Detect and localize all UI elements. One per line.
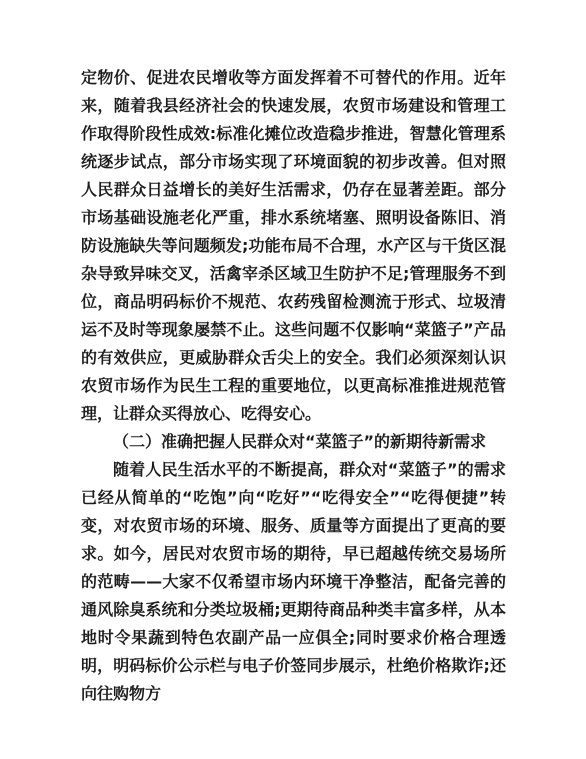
paragraph-continuation: 定物价、促进农民增收等方面发挥着不可替代的作用。近年来，随着我县经济社会的快速发… — [81, 64, 506, 428]
paragraph-body: 随着人民生活水平的不断提高，群众对“菜篮子”的需求已经从简单的“吃饱”向“吃好”… — [81, 456, 506, 708]
document-page: 定物价、促进农民增收等方面发挥着不可替代的作用。近年来，随着我县经济社会的快速发… — [0, 0, 586, 759]
section-heading: （二）准确把握人民群众对“菜篮子”的新期待新需求 — [81, 428, 506, 456]
